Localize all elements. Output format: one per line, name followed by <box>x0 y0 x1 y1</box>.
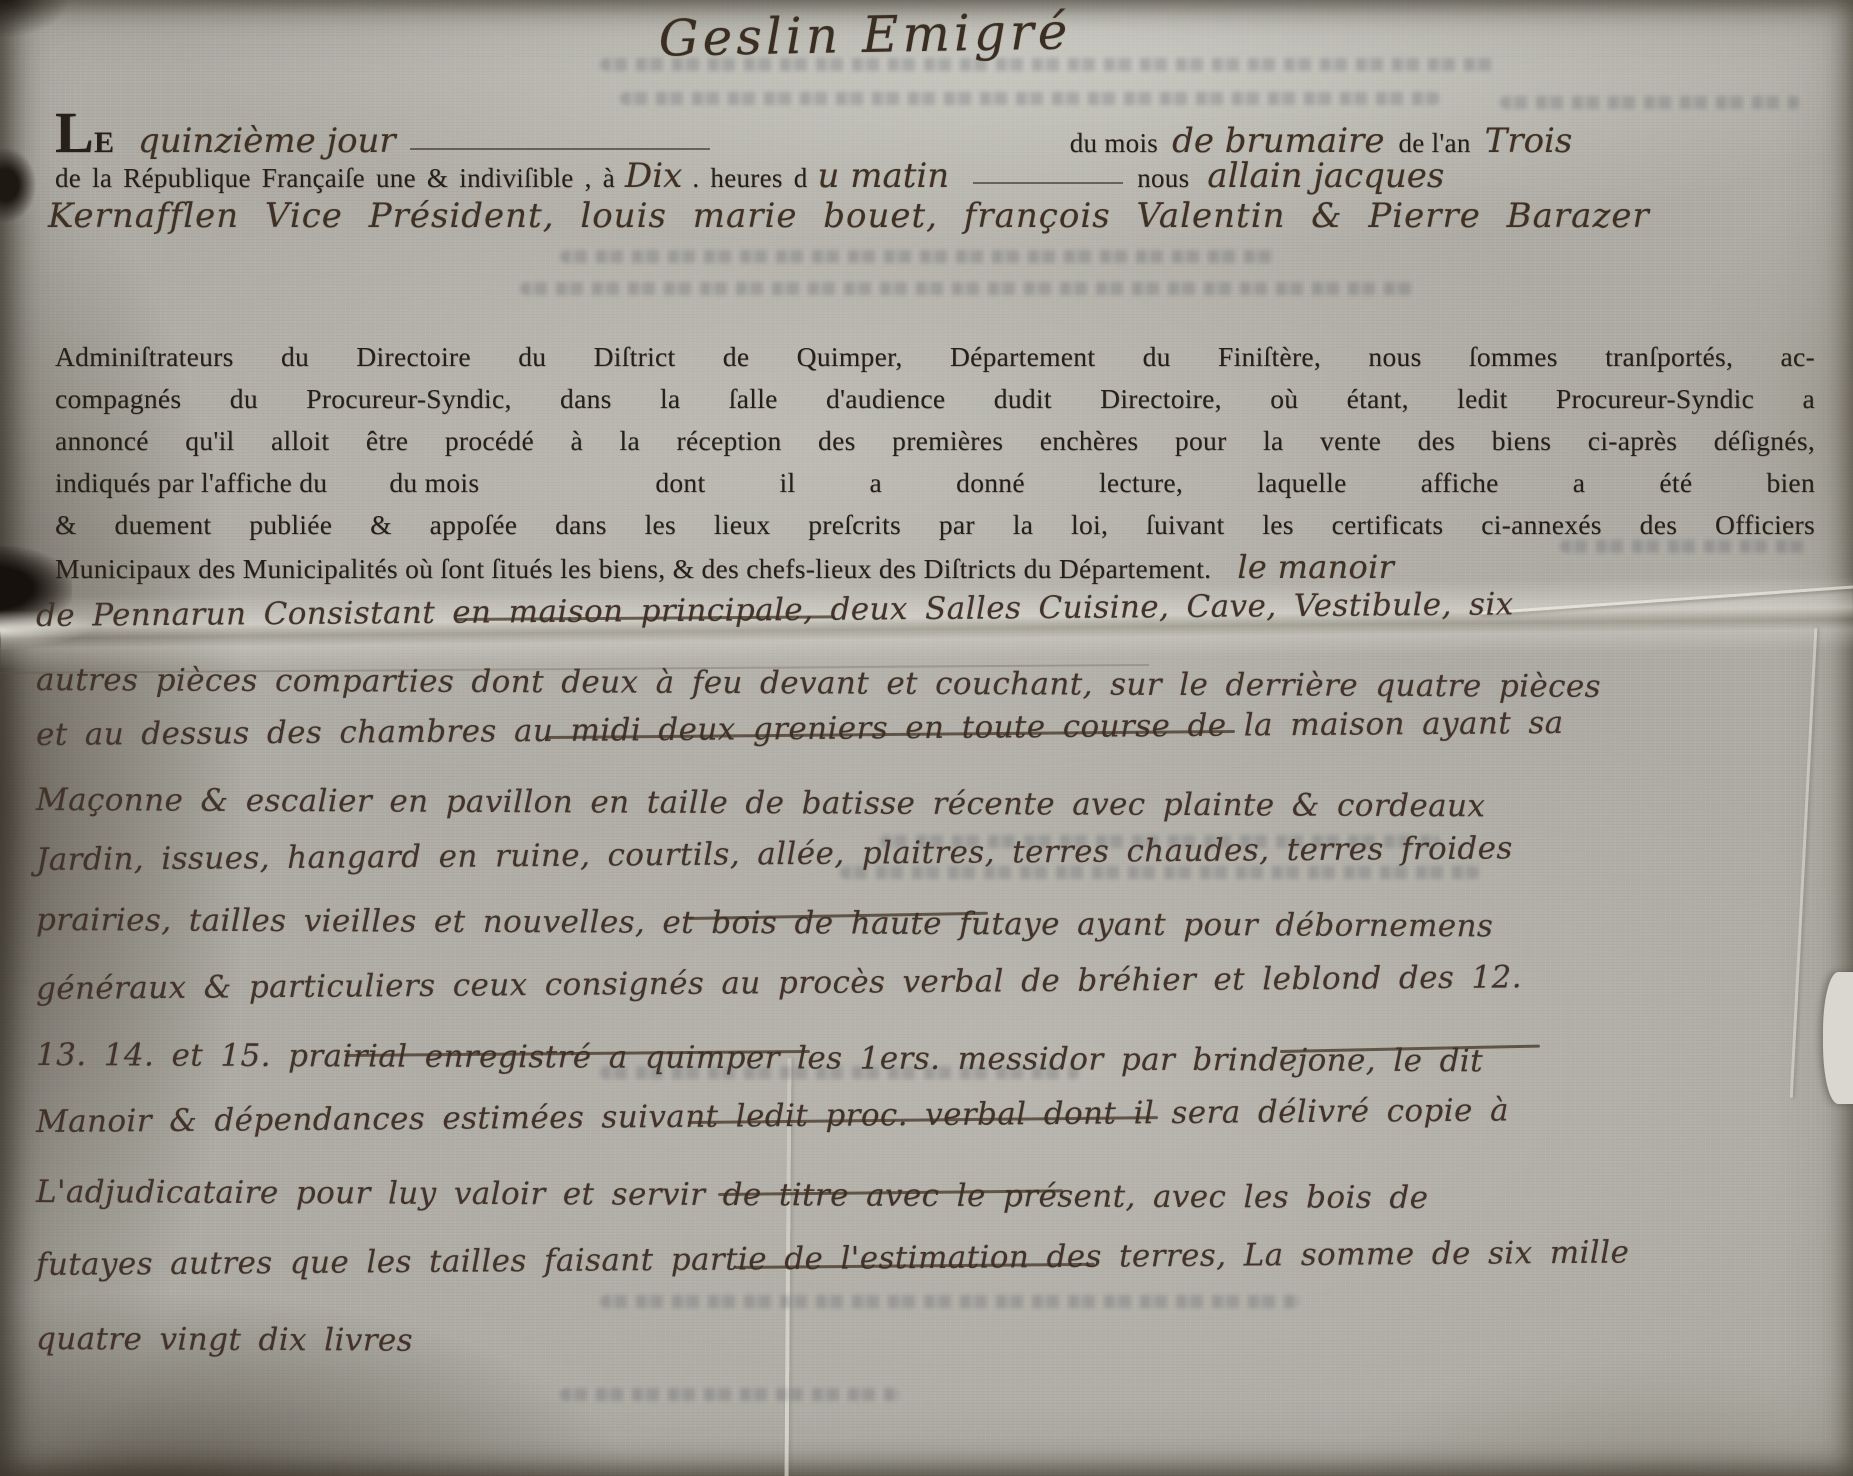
printed-du-mois: du mois <box>1070 128 1158 159</box>
handwritten-hour: Dix <box>625 156 682 196</box>
paper-tear-left-highlight <box>0 606 97 651</box>
fill-in-rule <box>410 148 710 150</box>
handwritten-line: quatre vingt dix livres <box>36 1321 413 1359</box>
ink-bleedthrough-smudge <box>880 835 1440 848</box>
form-line-date: L E quinzième jour du mois de brumaire d… <box>55 104 1815 162</box>
handwritten-line: autres pièces comparties dont deux à feu… <box>36 662 1601 705</box>
ink-strikethrough <box>345 1050 810 1057</box>
handwritten-line: futayes autres que les tailles faisant p… <box>36 1234 1630 1283</box>
ink-bleedthrough-smudge <box>520 282 1420 295</box>
ink-strikethrough <box>688 912 988 920</box>
handwritten-line: prairies, tailles vieilles et nouvelles,… <box>36 902 1493 944</box>
paragraph-fragment: dont il a donné lecture, laquelle affich… <box>655 462 1815 504</box>
paragraph-fragment: Municipaux des Municipalités où ſont ſit… <box>55 548 1211 590</box>
handwritten-le-manoir: le manoir <box>1237 546 1394 588</box>
printed-le-initial: L <box>55 104 94 162</box>
handwritten-line: Maçonne & escalier en pavillon en taille… <box>36 782 1485 824</box>
ink-strikethrough <box>718 1189 1063 1196</box>
handwritten-time-suffix: u matin <box>818 156 950 196</box>
handwritten-line: et au dessus des chambres au midi deux g… <box>36 705 1564 753</box>
form-line-republique: de la République Françaiſe une & indiviſ… <box>55 156 1815 196</box>
ink-bleedthrough-smudge <box>560 250 1280 263</box>
printed-le-rest: E <box>94 126 116 160</box>
handwritten-names-start: allain jacques <box>1207 156 1444 196</box>
handwritten-day: quinzième jour <box>138 121 396 161</box>
paragraph-line: Adminiſtrateurs du Directoire du Diſtric… <box>55 336 1815 378</box>
paragraph-last-line: Municipaux des Municipalités où ſont ſit… <box>55 546 1815 588</box>
paragraph-fragment: du mois <box>389 462 479 504</box>
handwritten-line: Manoir & dépendances estimées suivant le… <box>36 1092 1509 1140</box>
ink-strikethrough <box>1280 1045 1540 1053</box>
printed-paragraph: Adminiſtrateurs du Directoire du Diſtric… <box>55 336 1815 588</box>
printed-de-lan: de l'an <box>1398 128 1470 159</box>
document-page: Geslin Emigré L E quinzième jour du mois… <box>0 0 1853 1476</box>
paragraph-line: compagnés du Procureur-Syndic, dans la ſ… <box>55 378 1815 420</box>
paper-crease-right-vertical <box>1790 628 1818 1098</box>
ink-blotch <box>0 148 36 222</box>
printed-republique: de la République Françaiſe une & indiviſ… <box>55 163 615 194</box>
paragraph-line: annoncé qu'il alloit être procédé à la r… <box>55 420 1815 462</box>
handwritten-year: Trois <box>1485 121 1573 161</box>
ink-bleedthrough-smudge <box>600 1295 1300 1308</box>
paper-crease-horizontal <box>0 576 1853 669</box>
handwritten-names: Kernafflen Vice Président, louis marie b… <box>48 196 1650 236</box>
form-line-names: Kernafflen Vice Président, louis marie b… <box>48 196 1648 236</box>
fill-in-rule <box>973 182 1123 184</box>
paragraph-fragment: indiqués par l'affiche du <box>55 462 327 504</box>
handwritten-month: de brumaire <box>1172 121 1384 161</box>
ink-bleedthrough-smudge <box>600 1066 1080 1079</box>
handwritten-line: généraux & particuliers ceux consignés a… <box>36 959 1522 1007</box>
printed-nous: nous <box>1137 163 1189 194</box>
paragraph-line: & duement publiée & appoſée dans les lie… <box>55 504 1815 546</box>
ink-strikethrough <box>545 730 1235 739</box>
paragraph-line-with-blanks: indiqués par l'affiche du du mois dont i… <box>55 462 1815 504</box>
printed-heures: . heures d <box>692 163 807 194</box>
paper-torn-edge-patch <box>1823 972 1853 1104</box>
ink-strikethrough <box>688 1116 1158 1124</box>
ink-bleedthrough-smudge <box>840 866 1480 879</box>
ink-bleedthrough-smudge <box>560 1388 900 1401</box>
